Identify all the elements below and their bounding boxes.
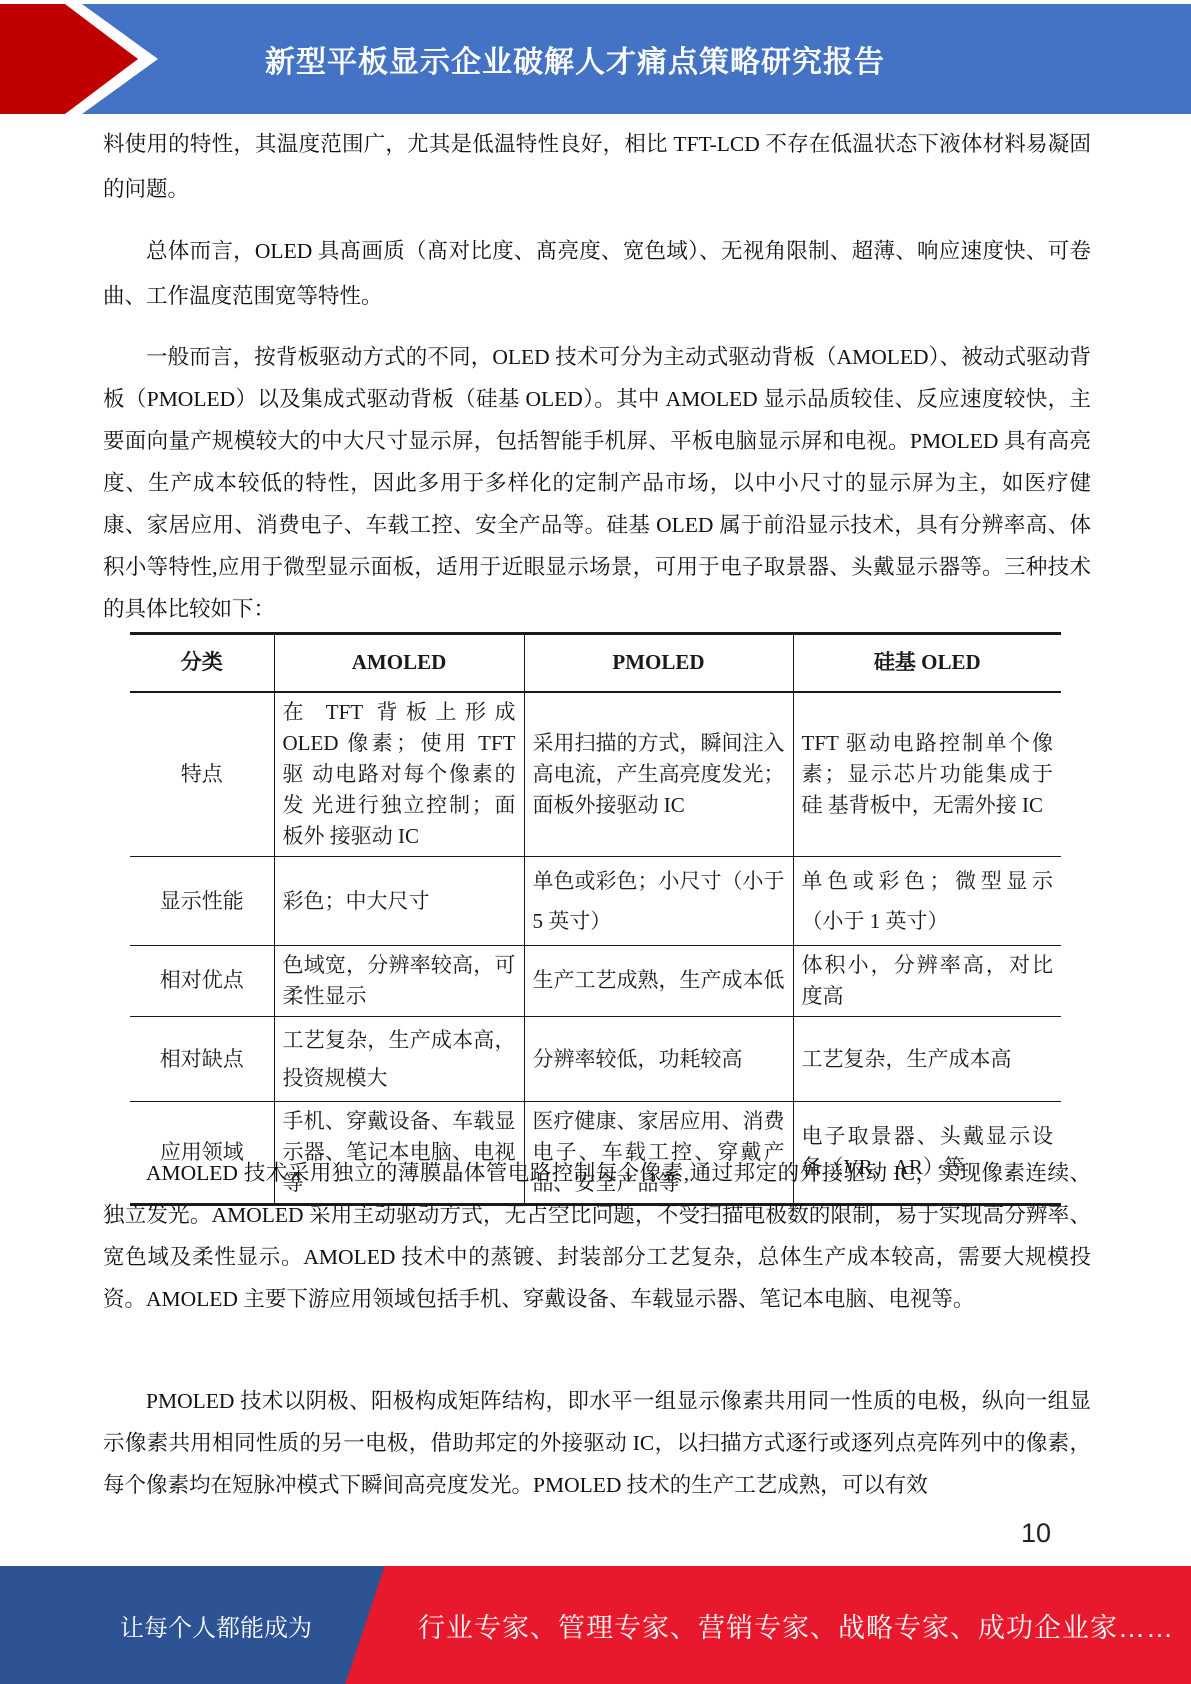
cell-pros-amoled: 色域宽，分辨率较高，可柔性显示	[274, 945, 524, 1016]
col-header-pmoled: PMOLED	[524, 634, 793, 692]
cell-features-silicon: TFT 驱动电路控制单个像 素；显示芯片功能集成于硅 基背板中，无需外接 IC	[793, 692, 1061, 857]
cell-display-pmoled: 单色或彩色；小尺寸（小于 5 英寸）	[524, 856, 793, 945]
report-page: 新型平板显示企业破解人才痛点策略研究报告 料使用的特性，其温度范围广，尤其是低温…	[0, 0, 1191, 1684]
page-number: 10	[1004, 1518, 1068, 1549]
table-row-advantages: 相对优点 色域宽，分辨率较高，可柔性显示 生产工艺成熟，生产成本低 体积小，分辨…	[130, 945, 1061, 1016]
row-label: 相对缺点	[130, 1016, 274, 1101]
cell-features-pmoled: 采用扫描的方式，瞬间注入高电流，产生高亮度发光；面板外接驱动 IC	[524, 692, 793, 857]
row-label: 显示性能	[130, 856, 274, 945]
table-row-display-performance: 显示性能 彩色；中大尺寸 单色或彩色；小尺寸（小于 5 英寸） 单色或彩色；微型…	[130, 856, 1061, 945]
cell-cons-silicon: 工艺复杂，生产成本高	[793, 1016, 1061, 1101]
header-banner: 新型平板显示企业破解人才痛点策略研究报告	[0, 4, 1191, 114]
row-label: 相对优点	[130, 945, 274, 1016]
oled-comparison-table: 分类 AMOLED PMOLED 硅基 OLED 特点 在 TFT 背板上形成 …	[130, 632, 1061, 1206]
col-header-silicon-oled: 硅基 OLED	[793, 634, 1061, 692]
body-paragraph-5: PMOLED 技术以阴极、阳极构成矩阵结构，即水平一组显示像素共用同一性质的电极…	[103, 1380, 1091, 1506]
cell-features-amoled: 在 TFT 背板上形成 OLED 像素；使用 TFT 驱 动电路对每个像素的发 …	[274, 692, 524, 857]
table-header-row: 分类 AMOLED PMOLED 硅基 OLED	[130, 634, 1061, 692]
footer-banner: 让每个人都能成为 行业专家、管理专家、营销专家、战略专家、成功企业家……	[0, 1566, 1191, 1684]
table-row-disadvantages: 相对缺点 工艺复杂，生产成本高，投资规模大 分辨率较低，功耗较高 工艺复杂，生产…	[130, 1016, 1061, 1101]
body-paragraph-3: 一般而言，按背板驱动方式的不同，OLED 技术可分为主动式驱动背板（AMOLED…	[103, 336, 1091, 630]
body-paragraph-1: 料使用的特性，其温度范围广，尤其是低温特性良好，相比 TFT-LCD 不存在低温…	[103, 122, 1091, 212]
col-header-amoled: AMOLED	[274, 634, 524, 692]
cell-display-silicon: 单色或彩色；微型显示（小于 1 英寸）	[793, 856, 1061, 945]
row-label: 特点	[130, 692, 274, 857]
footer-slogan-right: 行业专家、管理专家、营销专家、战略专家、成功企业家……	[418, 1566, 1174, 1684]
cell-display-amoled: 彩色；中大尺寸	[274, 856, 524, 945]
cell-pros-pmoled: 生产工艺成熟，生产成本低	[524, 945, 793, 1016]
table-row-features: 特点 在 TFT 背板上形成 OLED 像素；使用 TFT 驱 动电路对每个像素…	[130, 692, 1061, 857]
cell-cons-pmoled: 分辨率较低，功耗较高	[524, 1016, 793, 1101]
body-paragraph-4: AMOLED 技术采用独立的薄膜晶体管电路控制每个像素,通过邦定的外接驱动 IC…	[103, 1152, 1091, 1320]
page-title: 新型平板显示企业破解人才痛点策略研究报告	[160, 4, 990, 114]
cell-pros-silicon: 体积小，分辨率高，对比度高	[793, 945, 1061, 1016]
cell-cons-amoled: 工艺复杂，生产成本高，投资规模大	[274, 1016, 524, 1101]
col-header-category: 分类	[130, 634, 274, 692]
body-paragraph-2: 总体而言，OLED 具髙画质（髙对比度、髙亮度、宽色域）、无视角限制、超薄、响应…	[103, 229, 1091, 319]
footer-slogan-left: 让每个人都能成为	[100, 1566, 312, 1684]
